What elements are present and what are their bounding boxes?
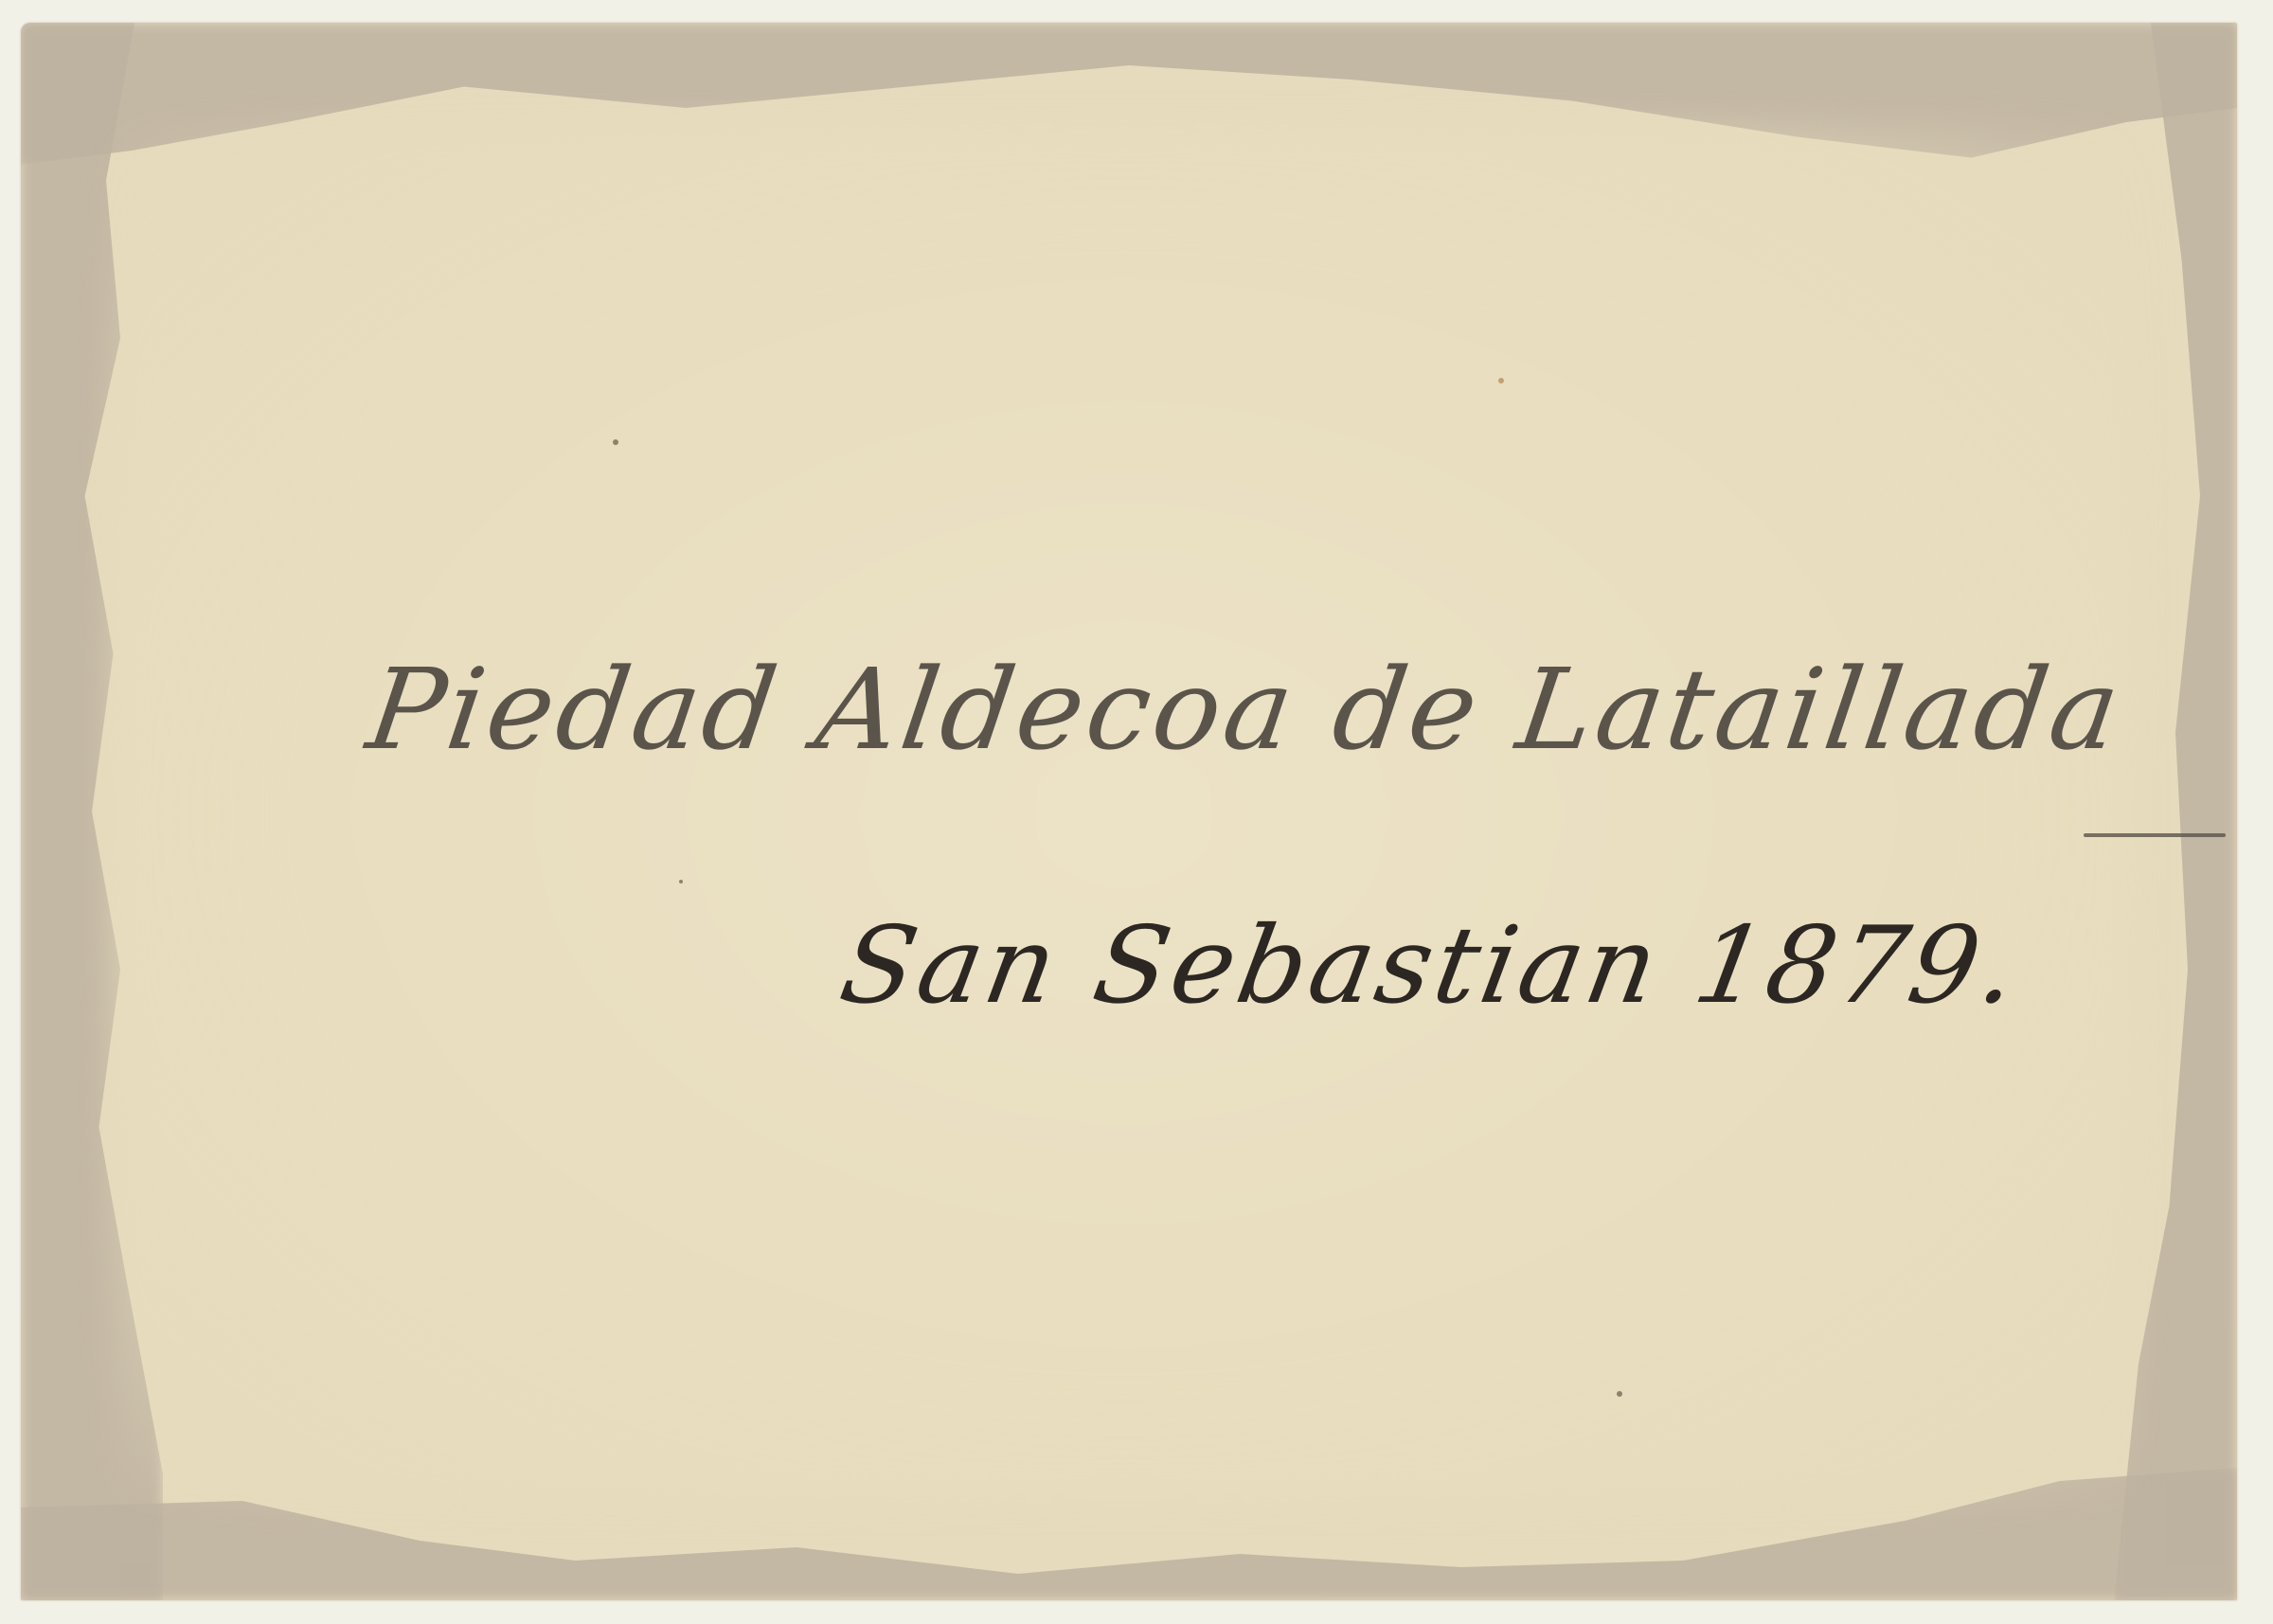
paper-card [21,23,2237,1600]
handwritten-place-date-line: San Sebastian 1879. [832,904,2031,1027]
paper-center-tone [116,127,2133,1500]
handwritten-name-line: Piedad Aldecoa de Lataillada [360,644,2130,775]
ink-speck [613,439,618,445]
foxing-spot [1498,378,1504,384]
ink-speck [1617,1391,1622,1397]
ink-speck [679,880,683,883]
name-flourish-stroke [2084,833,2226,837]
